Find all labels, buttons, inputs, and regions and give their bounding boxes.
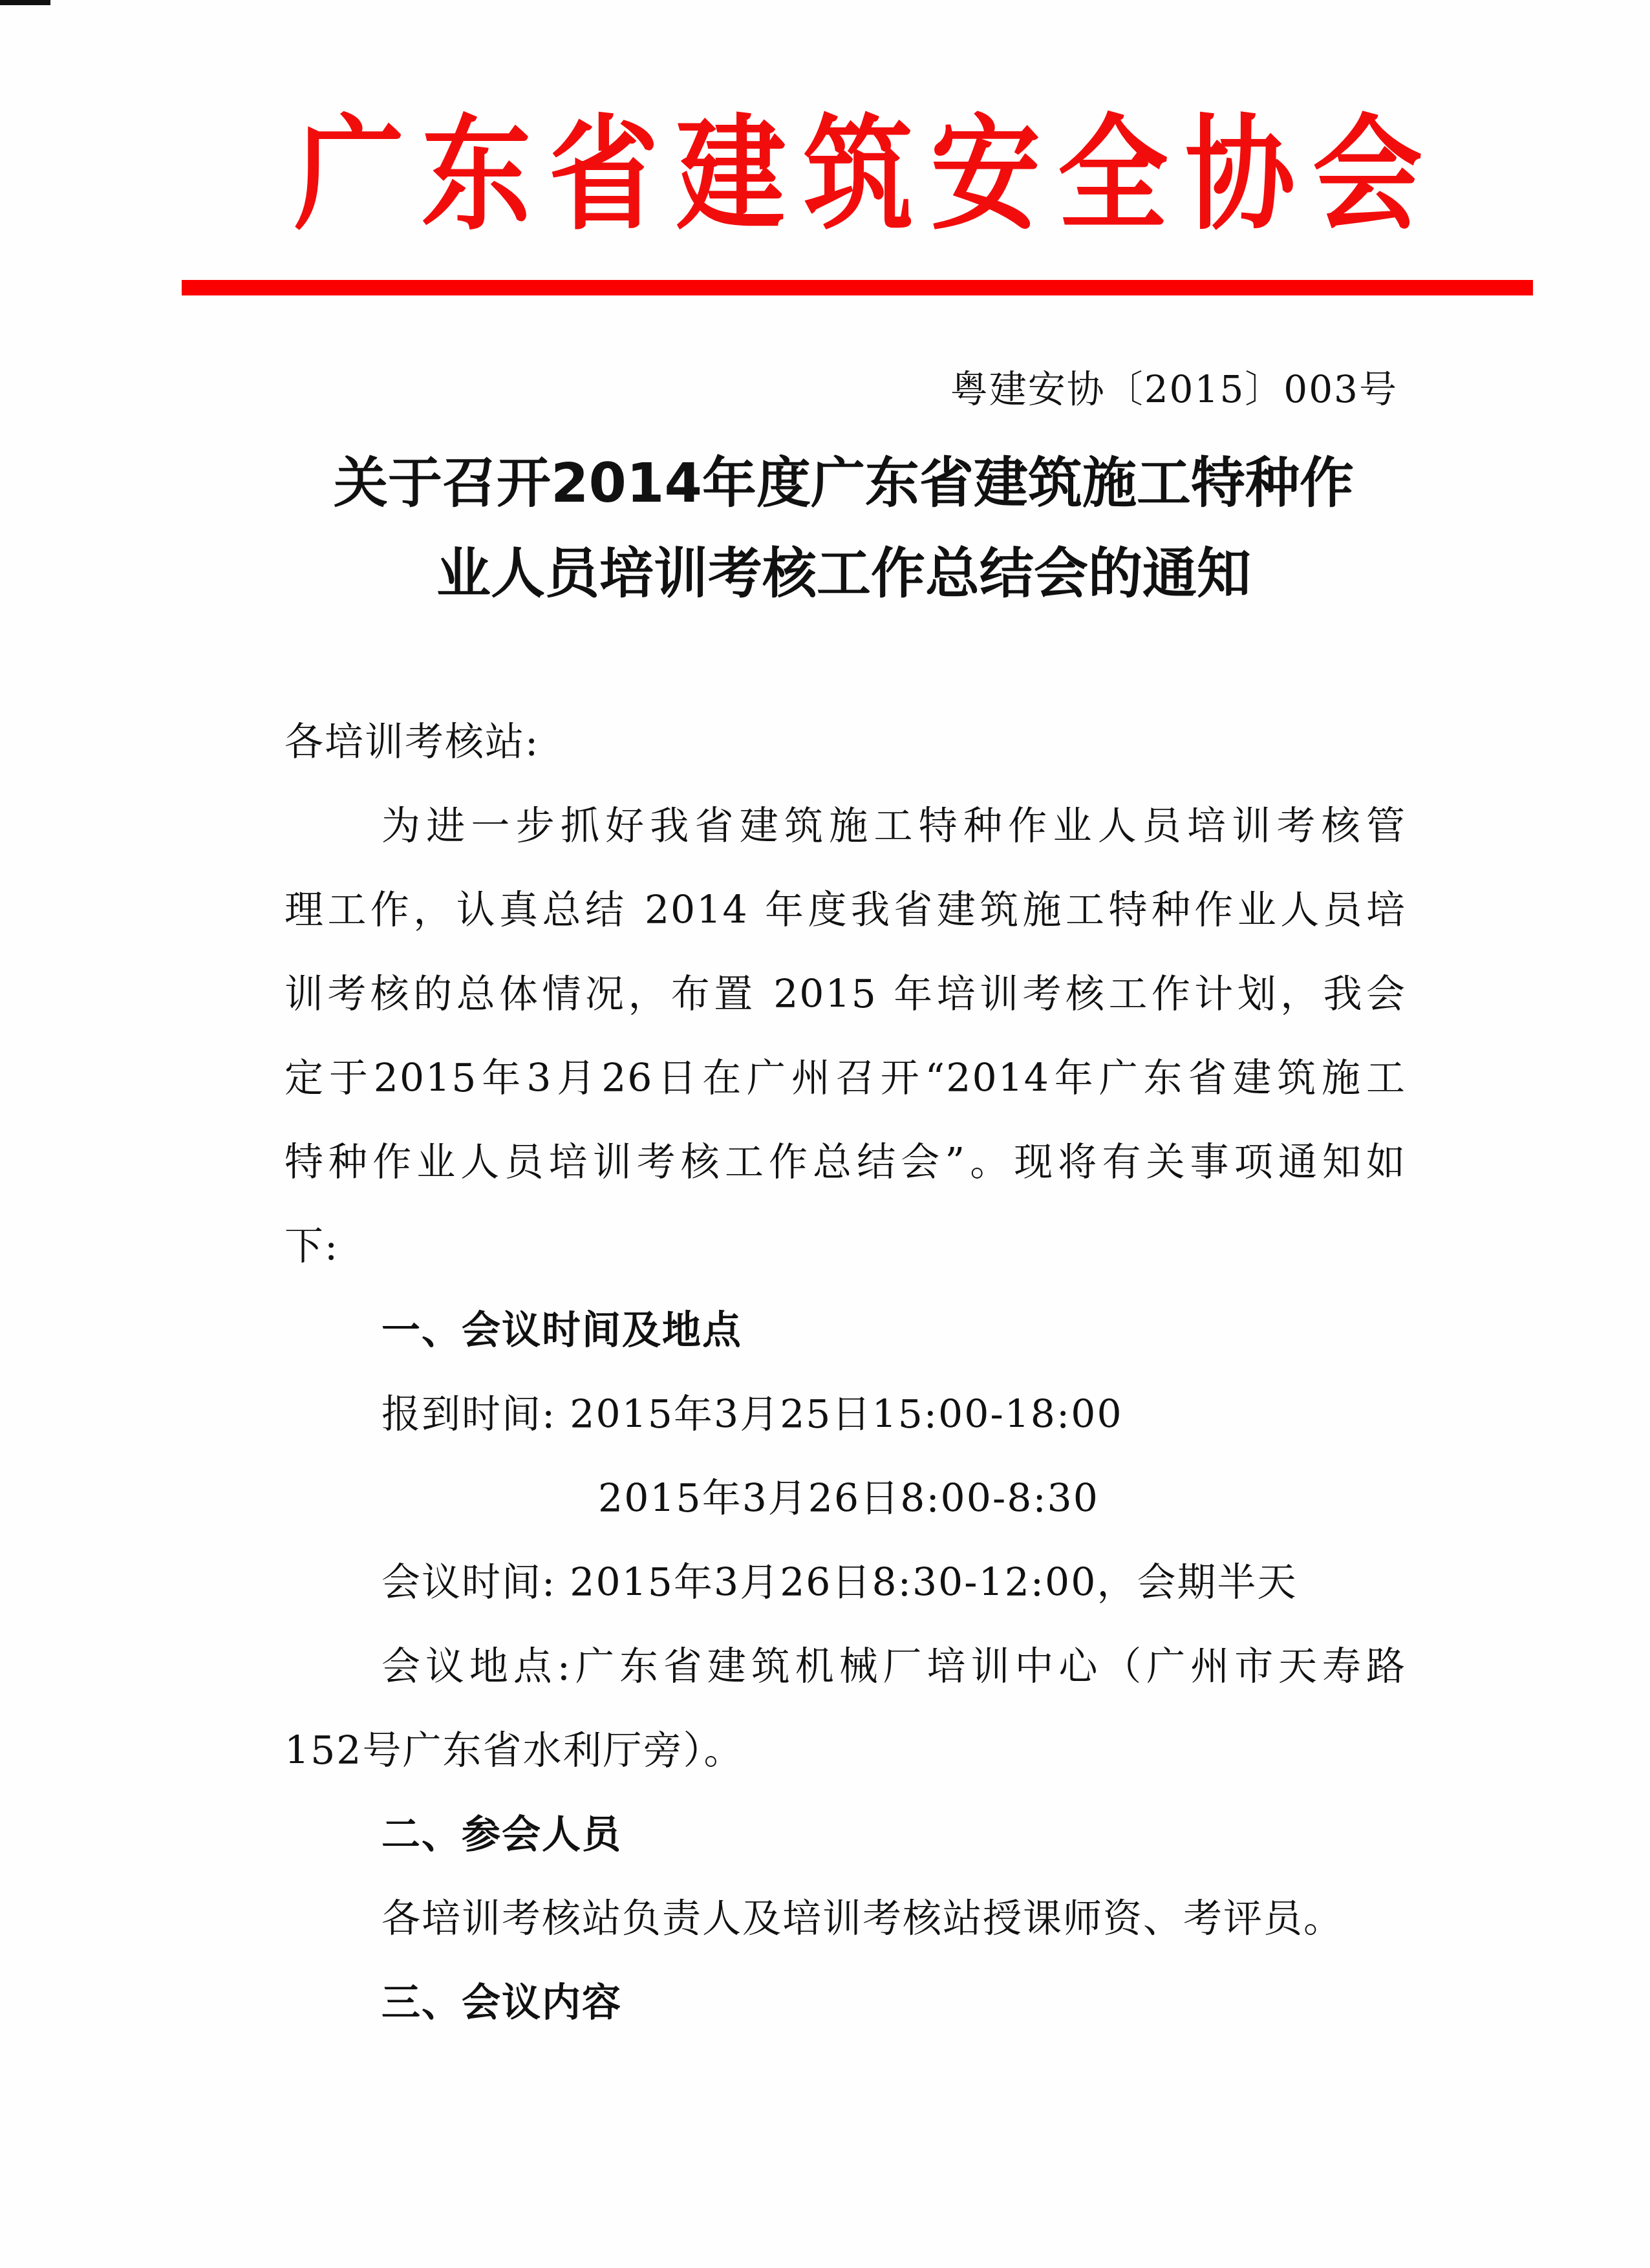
document-title-line-1: 关于召开2014年度广东省建筑施工特种作 bbox=[284, 440, 1403, 518]
intro-line: 下: bbox=[284, 1215, 1406, 1271]
meeting-time-value: 2015年3月26日8:30-12:00，会期半天 bbox=[570, 1560, 1297, 1605]
meeting-time-label: 会议时间: bbox=[381, 1560, 556, 1605]
intro-line: 定于2015年3月26日在广州召开“2014年广东省建筑施工 bbox=[284, 1047, 1406, 1103]
masthead-char: 建 bbox=[676, 113, 786, 236]
meeting-time-row: 会议时间: 2015年3月26日8:30-12:00，会期半天 bbox=[381, 1552, 1406, 1607]
section-heading-2: 二、参会人员 bbox=[381, 1804, 1406, 1859]
intro-line: 为进一步抓好我省建筑施工特种作业人员培训考核管 bbox=[381, 795, 1406, 851]
section-heading-1: 一、会议时间及地点 bbox=[381, 1300, 1406, 1355]
document-title-line-2: 业人员培训考核工作总结会的通知 bbox=[284, 530, 1403, 608]
attendees-body: 各培训考核站负责人及培训考核站授课师资、考评员。 bbox=[381, 1888, 1406, 1943]
masthead-red-rule bbox=[182, 280, 1533, 295]
document-page: 广 东 省 建 筑 安 全 协 会 粤建安协〔2015〕003号 关于召开201… bbox=[0, 0, 1650, 2268]
registration-time-row: 报到时间: 2015年3月25日15:00-18:00 bbox=[381, 1384, 1406, 1439]
document-number: 粤建安协〔2015〕003号 bbox=[950, 359, 1398, 413]
registration-time-row-2: 2015年3月26日8:00-8:30 bbox=[598, 1468, 1406, 1523]
intro-line: 理工作，认真总结 2014 年度我省建筑施工特种作业人员培 bbox=[284, 879, 1406, 935]
salutation: 各培训考核站: bbox=[284, 711, 1406, 767]
masthead-char: 省 bbox=[549, 113, 659, 236]
intro-line: 特种作业人员培训考核工作总结会”。现将有关事项通知如 bbox=[284, 1131, 1406, 1187]
masthead-char: 广 bbox=[294, 113, 404, 236]
masthead-char: 协 bbox=[1185, 113, 1295, 236]
meeting-location-row: 会议地点:广东省建筑机械厂培训中心（广州市天寿路 bbox=[381, 1636, 1406, 1691]
meeting-location-continuation: 152号广东省水利厅旁）。 bbox=[284, 1720, 1406, 1775]
registration-time-label: 报到时间: bbox=[381, 1392, 556, 1437]
intro-line: 训考核的总体情况，布置 2015 年培训考核工作计划，我会 bbox=[284, 963, 1406, 1019]
meeting-location-label: 会议地点: bbox=[381, 1644, 572, 1689]
masthead-org-name: 广 东 省 建 筑 安 全 协 会 bbox=[294, 110, 1422, 239]
masthead-char: 全 bbox=[1058, 113, 1168, 236]
masthead-char: 安 bbox=[930, 113, 1040, 236]
section-heading-3: 三、会议内容 bbox=[381, 1972, 1406, 2027]
scan-artifact bbox=[0, 0, 50, 5]
registration-time-value: 2015年3月25日15:00-18:00 bbox=[570, 1392, 1122, 1437]
masthead-char: 筑 bbox=[803, 113, 913, 236]
masthead-char: 东 bbox=[422, 113, 531, 236]
registration-time-value-2: 2015年3月26日8:00-8:30 bbox=[598, 1476, 1099, 1521]
masthead-char: 会 bbox=[1312, 113, 1422, 236]
meeting-location-value: 广东省建筑机械厂培训中心（广州市天寿路 bbox=[572, 1644, 1406, 1689]
